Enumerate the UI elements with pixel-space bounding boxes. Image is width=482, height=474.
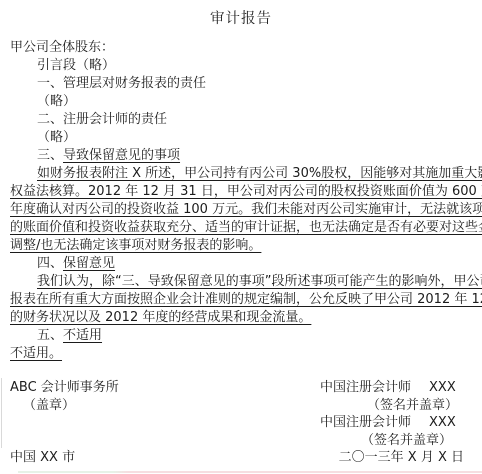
section5-heading-text: 不适用 <box>63 328 102 343</box>
audit-firm-name: ABC 会计师事务所 <box>10 379 119 397</box>
section3-paragraph-line: 的账面价值和投资收益获取充分、适当的审计证据，也无法确定是否有必要对这些金额进行 <box>10 219 472 237</box>
cpa2-name: XXX <box>429 415 456 430</box>
signature-row: ABC 会计师事务所 中国注册会计师XXX <box>10 379 472 397</box>
bottom-edge-artifact-line <box>18 471 482 473</box>
section1-body-text: （略） <box>37 94 76 109</box>
section4-paragraph-line: 我们认为，除“三、导致保留意见的事项”段所述事项可能产生的影响外，甲公司财务 <box>10 273 472 291</box>
document-title: 审计报告 <box>10 0 472 29</box>
section5-heading: 五、不适用 <box>10 327 472 345</box>
section3-paragraph-line: 调整/也无法确定该事项对财务报表的影响。 <box>10 237 472 255</box>
audit-report-page: 审计报告 甲公司全体股东： 引言段（略） 一、管理层对财务报表的责任 （略） 二… <box>0 0 482 474</box>
cpa2-line: 中国注册会计师XXX <box>320 414 472 432</box>
section5-body: 不适用。 <box>10 345 472 363</box>
signature-block: ABC 会计师事务所 中国注册会计师XXX （盖章） （签名并盖章） 中国注册会… <box>10 379 472 467</box>
section2-heading: 二、注册会计师的责任 <box>10 111 472 129</box>
report-date: 二〇一三年 X 月 X 日 <box>320 449 472 467</box>
section3-heading: 三、导致保留意见的事项 <box>10 147 472 165</box>
signature-row: （签名并盖章） <box>10 432 472 450</box>
section3-paragraph-line: 权益法核算。2012 年 12 月 31 日，甲公司对丙公司的股权投资账面价值为… <box>10 183 472 201</box>
section3-line-text: 年度确认对丙公司的投资收益 100 万元。我们未能对丙公司实施审计，无法就该项股… <box>10 202 482 217</box>
section4-paragraph-line: 的财务状况以及 2012 年度的经营成果和现金流量。 <box>10 309 472 327</box>
section3-line-text: 如财务报表附注 X 所述，甲公司持有丙公司 30%股权，因能够对其施加重大影响，… <box>37 166 482 181</box>
signature-row: 中国注册会计师XXX <box>10 414 472 432</box>
signature-row: （盖章） （签名并盖章） <box>10 397 472 415</box>
section4-line-text: 的财务状况以及 2012 年度的经营成果和现金流量。 <box>10 310 311 325</box>
cpa1-seal-note: （签名并盖章） <box>320 397 472 415</box>
section3-line-text: 调整/也无法确定该事项对财务报表的影响。 <box>10 238 261 253</box>
section4-paragraph-line: 报表在所有重大方面按照企业会计准则的规定编制，公允反映了甲公司 2012 年 1… <box>10 291 472 309</box>
section4-number: 四、 <box>37 256 63 271</box>
cpa1-line: 中国注册会计师XXX <box>320 379 472 397</box>
section3-paragraph-line: 年度确认对丙公司的投资收益 100 万元。我们未能对丙公司实施审计，无法就该项股… <box>10 201 472 219</box>
section1-body: （略） <box>10 93 472 111</box>
section5-number: 五、 <box>37 328 63 343</box>
section5-body-text: 不适用。 <box>10 346 62 361</box>
section4-line-text: 我们认为，除“三、导致保留意见的事项”段所述事项可能产生的影响外，甲公司财务 <box>37 274 482 289</box>
section3-paragraph-line: 如财务报表附注 X 所述，甲公司持有丙公司 30%股权，因能够对其施加重大影响，… <box>10 165 472 183</box>
section1-heading-text: 一、管理层对财务报表的责任 <box>37 76 206 91</box>
section4-heading: 四、保留意见 <box>10 255 472 273</box>
firm-city: 中国 XX 市 <box>10 449 75 467</box>
cpa2-seal-note: （签名并盖章） <box>320 432 472 450</box>
left-edge-artifact-line <box>1 378 2 448</box>
section4-line-text: 报表在所有重大方面按照企业会计准则的规定编制，公允反映了甲公司 2012 年 1… <box>10 292 482 307</box>
cpa1-title: 中国注册会计师 <box>320 380 411 395</box>
section3-number: 三、 <box>37 148 63 163</box>
section2-heading-text: 二、注册会计师的责任 <box>37 112 167 127</box>
section3-heading-text: 导致保留意见的事项 <box>63 148 180 163</box>
signature-row: 中国 XX 市 二〇一三年 X 月 X 日 <box>10 449 472 467</box>
cpa2-title: 中国注册会计师 <box>320 415 411 430</box>
section1-heading: 一、管理层对财务报表的责任 <box>10 75 472 93</box>
salutation: 甲公司全体股东： <box>10 39 472 57</box>
intro-line: 引言段（略） <box>10 57 472 75</box>
section4-heading-text: 保留意见 <box>63 256 115 271</box>
cpa1-name: XXX <box>429 380 456 395</box>
section2-body: （略） <box>10 129 472 147</box>
intro-text: 引言段（略） <box>37 58 115 73</box>
firm-seal-note: （盖章） <box>10 397 75 415</box>
salutation-text: 甲公司全体股东： <box>10 40 114 55</box>
section2-body-text: （略） <box>37 130 76 145</box>
section3-line-text: 的账面价值和投资收益获取充分、适当的审计证据，也无法确定是否有必要对这些金额进行 <box>10 220 482 235</box>
section3-line-text: 权益法核算。2012 年 12 月 31 日，甲公司对丙公司的股权投资账面价值为… <box>10 184 482 199</box>
